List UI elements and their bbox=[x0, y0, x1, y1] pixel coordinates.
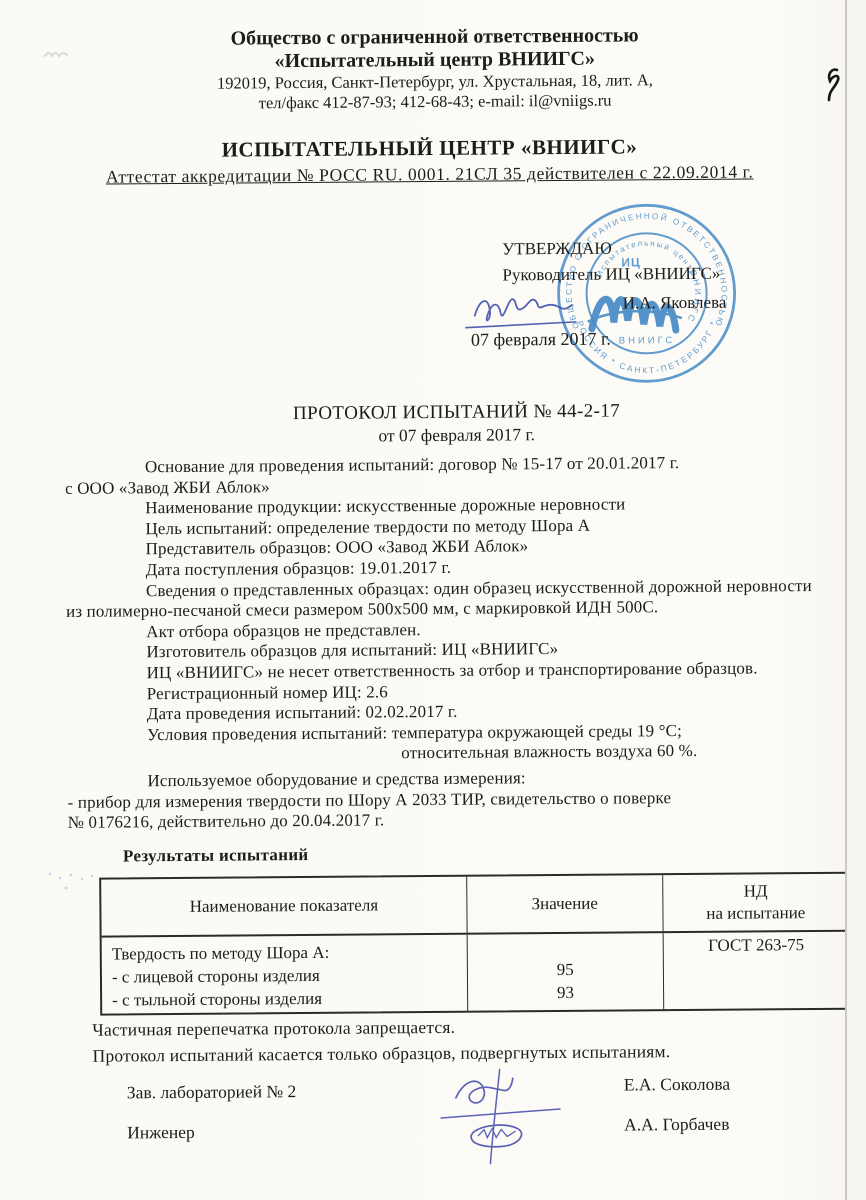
table-data-row: Твердость по методу Шора А: - с лицевой … bbox=[102, 932, 850, 1014]
cell-values: 95 93 bbox=[468, 933, 664, 1011]
test-center-title: ИСПЫТАТЕЛЬНЫЙ ЦЕНТР «ВНИИГС» bbox=[0, 133, 863, 165]
signatory-name-1: Е.А. Соколова bbox=[624, 1074, 730, 1096]
scan-smudge bbox=[42, 48, 72, 64]
footer-notes: Частичная перепечатка протокола запрещае… bbox=[92, 1012, 670, 1069]
org-header: Общество с ограниченной ответственностью… bbox=[0, 23, 866, 116]
value-back-side: 93 bbox=[468, 980, 663, 1005]
document-content: Общество с ограниченной ответственностью… bbox=[0, 0, 866, 1200]
header-indicator-label: Наименование показателя bbox=[190, 894, 379, 917]
approve-word: УТВЕРЖДАЮ bbox=[502, 239, 612, 260]
header-nd-line2: на испытание bbox=[706, 902, 805, 925]
header-nd: НД на испытание bbox=[663, 874, 849, 931]
scanned-test-protocol-page: Общество с ограниченной ответственностью… bbox=[0, 0, 866, 1200]
header-value: Значение bbox=[467, 875, 663, 933]
header-value-label: Значение bbox=[532, 893, 598, 916]
indicator-line3: - с тыльной стороны изделия bbox=[112, 986, 467, 1012]
results-heading: Результаты испытаний bbox=[123, 845, 309, 866]
protocol-title-block: ПРОТОКОЛ ИСПЫТАНИЙ № 44-2-17 от 07 февра… bbox=[0, 398, 865, 451]
signatory-position-1: Зав. лабораторией № 2 bbox=[127, 1081, 297, 1103]
signatory-position-2: Инженер bbox=[127, 1122, 195, 1144]
accreditation-line: Аттестат аккредитации № РОСС RU. 0001. 2… bbox=[0, 161, 863, 189]
cell-indicator: Твердость по методу Шора А: - с лицевой … bbox=[102, 935, 469, 1014]
table-header-row: Наименование показателя Значение НД на и… bbox=[101, 874, 848, 938]
header-indicator: Наименование показателя bbox=[101, 877, 467, 936]
approver-name: И.А. Яковлева bbox=[623, 293, 727, 314]
signatories-signature-scribble bbox=[432, 1063, 573, 1179]
protocol-body: Основание для проведения испытаний: дого… bbox=[65, 452, 858, 834]
head-signature-scribble bbox=[463, 282, 628, 343]
indicator-line1: Твердость по методу Шора А: bbox=[112, 940, 467, 966]
scan-page-edge bbox=[847, 0, 866, 1200]
results-table: Наименование показателя Значение НД на и… bbox=[99, 872, 851, 1016]
note-line2: Протокол испытаний касается только образ… bbox=[92, 1038, 670, 1069]
signatory-name-2: А.А. Горбачев bbox=[624, 1114, 729, 1136]
pen-mark-icon bbox=[815, 56, 851, 112]
scan-edge-line bbox=[845, 0, 847, 1200]
cell-nd-standard: ГОСТ 263-75 bbox=[663, 932, 849, 1009]
value-front-side: 95 bbox=[468, 957, 663, 982]
faint-ink-specks bbox=[44, 864, 104, 898]
header-nd-line1: НД bbox=[744, 880, 768, 902]
indicator-line2: - с лицевой стороны изделия bbox=[112, 963, 467, 989]
